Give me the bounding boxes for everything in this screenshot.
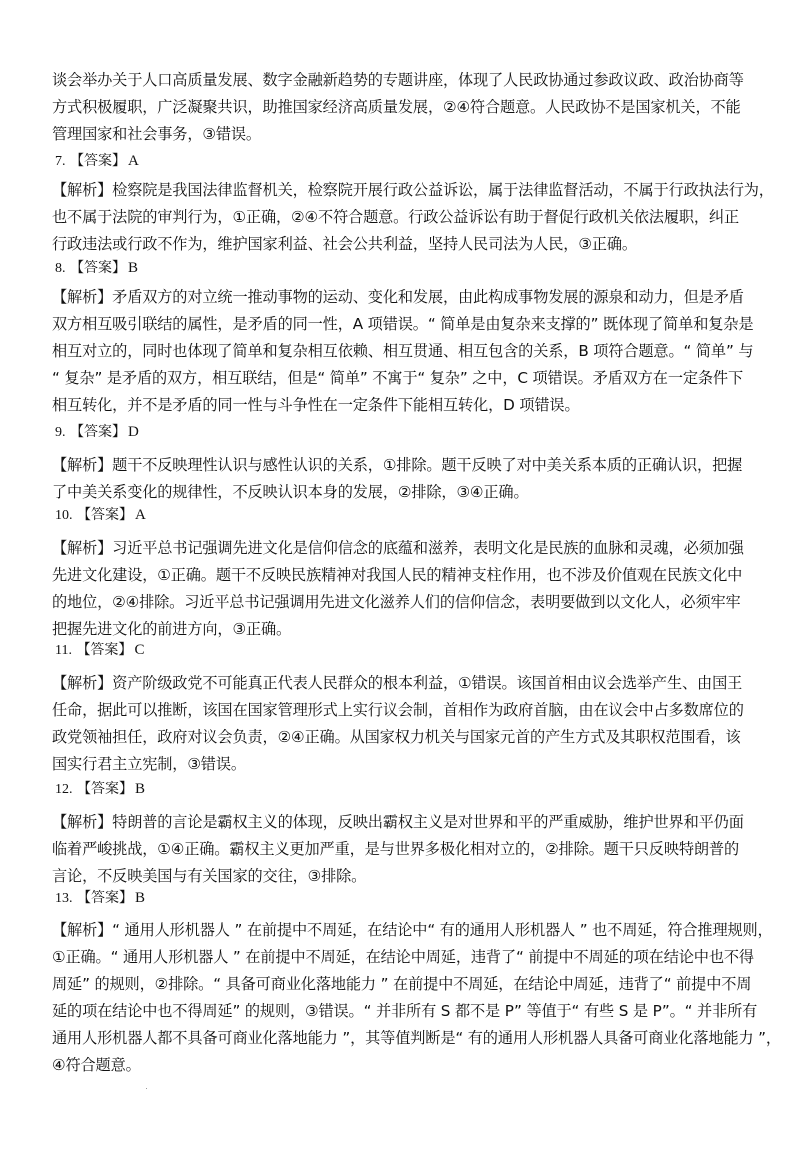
page-speck [146, 1088, 147, 1089]
intro-line: 管理国家和社会事务，③错误。 [52, 124, 752, 144]
answer-heading-9: 9. 【答案】D [55, 422, 139, 443]
analysis-line: 把握先进文化的前进方向，③正确。 [52, 619, 752, 639]
analysis-line: ①正确。“ 通用人形机器人 ” 在前提中不周延，在结论中周延，违背了“ 前提中不… [52, 947, 752, 967]
answer-label: 【答案】 [70, 153, 126, 169]
answer-label: 【答案】 [77, 781, 133, 797]
analysis-line: 【解析】检察院是我国法律监督机关，检察院开展行政公益诉讼，属于法律监督活动，不属… [52, 180, 752, 200]
question-number: 7. [55, 154, 66, 169]
question-number: 11. [55, 643, 72, 658]
question-number: 9. [55, 425, 66, 440]
analysis-line: 双方相互吸引联结的属性，是矛盾的同一性，A 项错误。“ 简单是由复杂来支撑的” … [52, 314, 752, 334]
intro-line: 方式积极履职，广泛凝聚共识，助推国家经济高质量发展，②④符合题意。人民政协不是国… [52, 97, 752, 117]
analysis-line: 国实行君主立宪制，③错误。 [52, 754, 752, 774]
answer-heading-7: 7. 【答案】A [55, 151, 139, 172]
analysis-line: “ 复杂” 是矛盾的双方，相互联结，但是“ 简单” 不寓于“ 复杂” 之中，C … [52, 368, 752, 388]
answer-value: B [135, 890, 145, 906]
analysis-line: 【解析】特朗普的言论是霸权主义的体现，反映出霸权主义是对世界和平的严重威胁，维护… [52, 812, 752, 832]
answer-heading-12: 12. 【答案】B [55, 779, 145, 800]
analysis-line: 【解析】题干不反映理性认识与感性认识的关系，①排除。题干反映了对中美关系本质的正… [52, 455, 752, 475]
answer-value: B [135, 781, 145, 797]
question-number: 13. [55, 891, 73, 906]
analysis-line: 【解析】“ 通用人形机器人 ” 在前提中不周延，在结论中“ 有的通用人形机器人 … [52, 920, 752, 940]
intro-line: 谈会举办关于人口高质量发展、数字金融新趋势的专题讲座，体现了人民政协通过参政议政… [52, 70, 752, 90]
answer-heading-10: 10. 【答案】A [55, 505, 146, 526]
answer-label: 【答案】 [77, 890, 133, 906]
answer-value: B [128, 260, 138, 276]
analysis-line: 任命，据此可以推断，该国在国家管理形式上实行议会制，首相作为政府首脑，由在议会中… [52, 700, 752, 720]
analysis-line: 【解析】资产阶级政党不可能真正代表人民群众的根本利益，①错误。该国首相由议会选举… [52, 673, 752, 693]
answer-label: 【答案】 [76, 642, 132, 658]
answer-label: 【答案】 [70, 260, 126, 276]
analysis-line: 通用人形机器人都不具备可商业化落地能力 ”，其等值判断是“ 有的通用人形机器人具… [52, 1028, 752, 1048]
analysis-line: 言论，不反映美国与有关国家的交往，③排除。 [52, 866, 752, 886]
document-page: 谈会举办关于人口高质量发展、数字金融新趋势的专题讲座，体现了人民政协通过参政议政… [0, 0, 800, 1163]
question-number: 12. [55, 782, 73, 797]
analysis-line: ④符合题意。 [52, 1055, 752, 1075]
analysis-line: 相互转化，并不是矛盾的同一性与斗争性在一定条件下能相互转化，D 项错误。 [52, 395, 752, 415]
answer-value: A [135, 507, 146, 523]
answer-value: D [128, 424, 139, 440]
question-number: 10. [55, 508, 73, 523]
analysis-line: 周延” 的规则，②排除。“ 具备可商业化落地能力 ” 在前提中不周延，在结论中周… [52, 974, 752, 994]
analysis-line: 延的项在结论中也不得周延” 的规则，③错误。“ 并非所有 S 都不是 P” 等值… [52, 1001, 752, 1021]
analysis-line: 先进文化建设，①正确。题干不反映民族精神对我国人民的精神支柱作用，也不涉及价值观… [52, 565, 752, 585]
question-number: 8. [55, 261, 66, 276]
analysis-line: 的地位，②④排除。习近平总书记强调用先进文化滋养人们的信仰信念，表明要做到以文化… [52, 592, 752, 612]
answer-heading-8: 8. 【答案】B [55, 258, 138, 279]
analysis-line: 了中美关系变化的规律性，不反映认识本身的发展，②排除，③④正确。 [52, 482, 752, 502]
analysis-line: 临着严峻挑战，①④正确。霸权主义更加严重，是与世界多极化相对立的，②排除。题干只… [52, 839, 752, 859]
answer-heading-13: 13. 【答案】B [55, 888, 145, 909]
analysis-line: 也不属于法院的审判行为，①正确，②④不符合题意。行政公益诉讼有助于督促行政机关依… [52, 207, 752, 227]
answer-label: 【答案】 [77, 507, 133, 523]
analysis-line: 相互对立的，同时也体现了简单和复杂相互依赖、相互贯通、相互包含的关系，B 项符合… [52, 341, 752, 361]
analysis-line: 【解析】习近平总书记强调先进文化是信仰信念的底蕴和滋养，表明文化是民族的血脉和灵… [52, 538, 752, 558]
analysis-line: 政党领袖担任，政府对议会负责，②④正确。从国家权力机关与国家元首的产生方式及其职… [52, 727, 752, 747]
answer-heading-11: 11. 【答案】C [55, 640, 144, 661]
analysis-line: 行政违法或行政不作为，维护国家利益、社会公共利益，坚持人民司法为人民，③正确。 [52, 234, 752, 254]
answer-value: C [134, 642, 144, 658]
answer-value: A [128, 153, 139, 169]
analysis-line: 【解析】矛盾双方的对立统一推动事物的运动、变化和发展，由此构成事物发展的源泉和动… [52, 287, 752, 307]
answer-label: 【答案】 [70, 424, 126, 440]
